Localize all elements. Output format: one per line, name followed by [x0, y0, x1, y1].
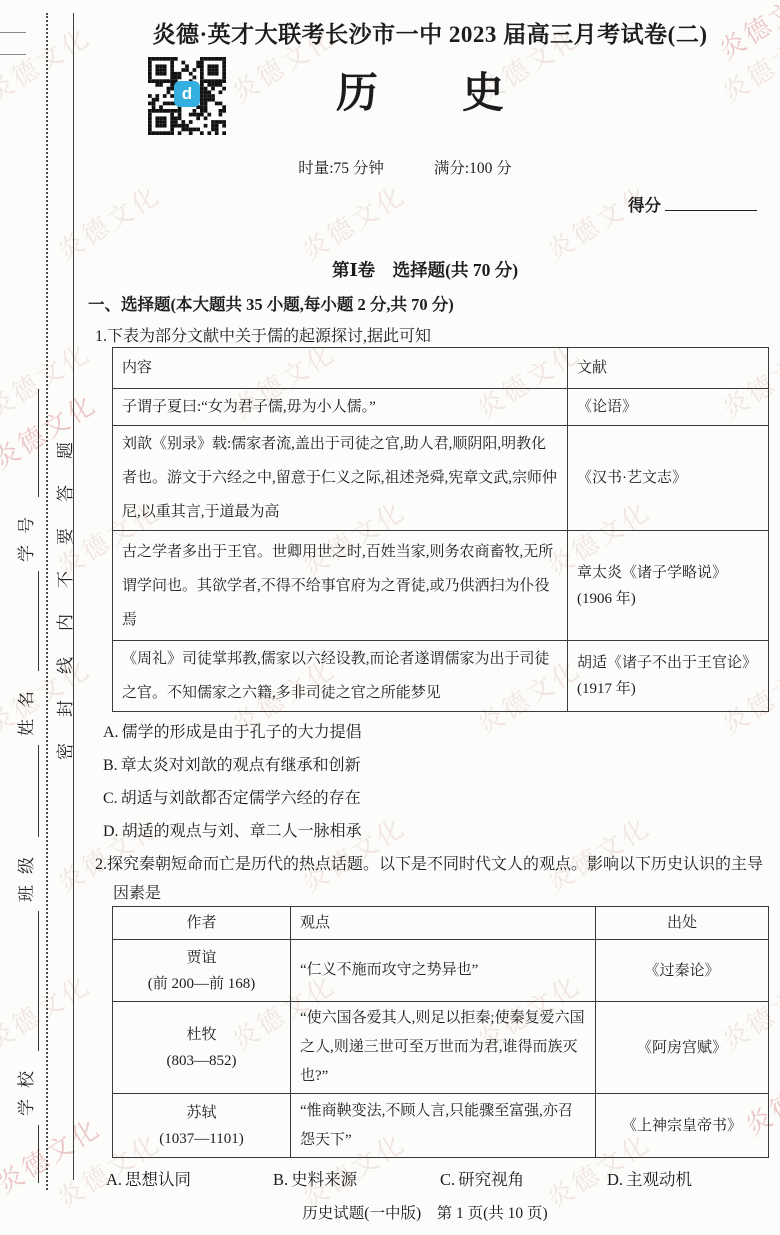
- write-in-blank: [19, 911, 39, 1051]
- option-a: A.儒学的形成是由于孔子的大力提倡: [103, 716, 362, 749]
- col-header-content: 内容: [113, 348, 568, 389]
- exam-meta-line: 时量:75 分钟 满分:100 分: [90, 156, 720, 178]
- col-header-source: 出处: [596, 907, 769, 940]
- table-header-row: 作者 观点 出处: [113, 907, 769, 940]
- exam-header-title: 炎德·英才大联考长沙市一中 2023 届高三月考试卷(二): [88, 16, 772, 49]
- score-label: 得分: [628, 196, 661, 215]
- write-in-blank: [19, 571, 39, 671]
- field-label-class: 班级: [15, 846, 39, 902]
- option-c: C.研究视角: [440, 1166, 607, 1190]
- score-write-in-line: [665, 193, 757, 211]
- full-score-label: 满分:100 分: [434, 160, 512, 177]
- col-header-source: 文献: [568, 348, 769, 389]
- question-1-number: 1.: [95, 328, 107, 345]
- question-1-table: 内容 文献 子谓子夏曰:“女为君子儒,毋为小人儒。” 《论语》 刘歆《别录》载:…: [112, 347, 769, 712]
- table-row: 子谓子夏曰:“女为君子儒,毋为小人儒。” 《论语》: [113, 389, 769, 426]
- seal-notice-text: 密封线内不要答题: [51, 412, 73, 760]
- option-a: A.思想认同: [106, 1166, 273, 1190]
- option-d: D.胡适的观点与刘、章二人一脉相承: [103, 815, 362, 848]
- table-row: 《周礼》司徒掌邦教,儒家以六经设教,而论者遂谓儒家为出于司徒之官。不知儒家之六籍…: [113, 641, 769, 712]
- student-info-fields: 学校 班级 姓名 学号: [13, 210, 39, 1192]
- duration-label: 时量:75 分钟: [298, 160, 384, 177]
- section-title: 第Ⅰ卷 选择题(共 70 分): [90, 257, 760, 282]
- table-header-row: 内容 文献: [113, 348, 769, 389]
- question-2-number: 2.: [95, 856, 107, 873]
- table-row: 苏轼(1037—1101) “惟商鞅变法,不顾人言,只能骤至富强,亦召怨天下” …: [113, 1094, 769, 1158]
- section-subtitle: 一、选择题(本大题共 35 小题,每小题 2 分,共 70 分): [88, 291, 454, 315]
- field-label-name: 姓名: [15, 680, 39, 736]
- score-row: 得分: [628, 192, 757, 216]
- col-header-author: 作者: [113, 907, 291, 940]
- binding-tick: [0, 54, 26, 55]
- col-header-view: 观点: [291, 907, 596, 940]
- table-row: 刘歆《别录》载:儒家者流,盖出于司徒之官,助人君,顺阴阳,明教化者也。游文于六经…: [113, 426, 769, 531]
- subject-title: 历 史: [90, 70, 750, 116]
- question-1-options: A.儒学的形成是由于孔子的大力提倡 B.章太炎对刘歆的观点有继承和创新 C.胡适…: [103, 716, 362, 848]
- write-in-blank: [19, 389, 39, 497]
- question-2-options: A.思想认同 B.史料来源 C.研究视角 D.主观动机: [106, 1166, 774, 1190]
- table-row: 贾谊(前 200—前 168) “仁义不施而攻守之势异也” 《过秦论》: [113, 940, 769, 1002]
- table-row: 古之学者多出于王官。世卿用世之时,百姓当家,则务农商畜牧,无所谓学问也。其欲学者…: [113, 531, 769, 641]
- option-d: D.主观动机: [607, 1166, 774, 1190]
- seal-dotted-line: [46, 13, 48, 1190]
- binding-tick: [0, 32, 26, 33]
- write-in-blank: [19, 745, 39, 837]
- table-row: 杜牧(803—852) “使六国各爱其人,则足以拒秦;使秦复爱六国之人,则递三世…: [113, 1002, 769, 1094]
- question-2-stem: 2.探究秦朝短命而亡是历代的热点话题。以下是不同时代文人的观点。影响以下历史认识…: [95, 850, 773, 908]
- question-2-table: 作者 观点 出处 贾谊(前 200—前 168) “仁义不施而攻守之势异也” 《…: [112, 906, 769, 1158]
- field-label-school: 学校: [15, 1060, 39, 1116]
- option-b: B.章太炎对刘歆的观点有继承和创新: [103, 749, 362, 782]
- option-b: B.史料来源: [273, 1166, 440, 1190]
- write-in-blank: [19, 1125, 39, 1183]
- option-c: C.胡适与刘歆都否定儒学六经的存在: [103, 782, 362, 815]
- exam-paper-page: 炎德文化炎德文化炎德文化炎德文化炎德文化炎德文化炎德文化炎德文化炎德文化炎德文化…: [0, 0, 780, 1235]
- field-label-studentid: 学号: [15, 506, 39, 562]
- page-footer: 历史试题(一中版) 第 1 页(共 10 页): [90, 1201, 760, 1223]
